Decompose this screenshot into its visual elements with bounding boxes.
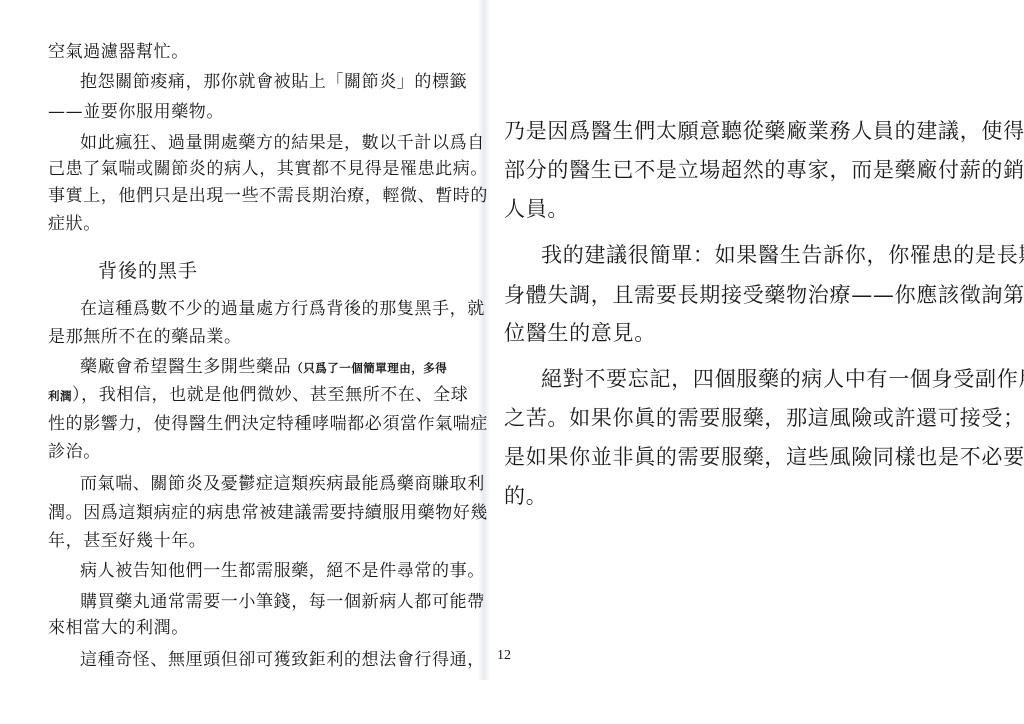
section-heading: 背後的黑手 <box>98 256 198 283</box>
right-line-7: 絕對不要忘記，四個服藥的病人中有一個身受副作用 <box>541 366 1024 392</box>
parenthetical-aside-end: 利潤 <box>48 389 72 403</box>
right-page <box>484 0 1024 724</box>
right-line-3: 人員。 <box>504 196 569 222</box>
left-line-7: 症狀。 <box>48 214 101 234</box>
right-line-1: 乃是因爲醫生們太願意聽從藥廠業務人員的建議，使得大 <box>504 118 1024 144</box>
left-line-19: 來相當大的利潤。 <box>48 618 189 638</box>
right-line-9: 是如果你並非眞的需要服藥，這些風險同樣也是不必要 <box>504 444 1024 470</box>
right-line-2: 部分的醫生已不是立場超然的專家，而是藥廠付薪的銷售 <box>504 157 1024 183</box>
left-line-12: 性的影響力，使得醫生們決定特種哮喘都必須當作氣喘症 <box>48 414 488 434</box>
right-line-6: 位醫生的意見。 <box>504 320 656 346</box>
left-line-10: 藥廠會希望醫生多開些藥品（只爲了一個簡單理由，多得 <box>80 357 447 378</box>
book-spread: 空氣過濾器幫忙。 抱怨關節痠痛，那你就會被貼上「關節炎」的標籤 ——並要你服用藥… <box>0 0 1024 724</box>
left-line-15: 潤。因爲這類病症的病患常被建議需要持續服用藥物好幾 <box>48 503 488 523</box>
left-line-20: 這種奇怪、無厘頭但卻可獲致鉅利的想法會行得通， <box>80 650 485 670</box>
left-line-14: 而氣喘、關節炎及憂鬱症這類疾病最能爲藥商賺取利 <box>80 474 485 494</box>
left-line-13: 診治。 <box>48 442 101 462</box>
right-line-10: 的。 <box>504 483 547 509</box>
left-line-4: 如此瘋狂、過量開處藥方的結果是，數以千計以爲自 <box>80 133 485 153</box>
left-line-11-main: ），我相信，也就是他們微妙、甚至無所不在、全球 <box>72 385 468 405</box>
left-line-17: 病人被告知他們一生都需服藥，絕不是件尋常的事。 <box>80 561 485 581</box>
left-line-16: 年，甚至好幾十年。 <box>48 531 206 551</box>
left-line-5: 己患了氣喘或關節炎的病人，其實都不見得是罹患此病。 <box>48 159 488 179</box>
page-number: 12 <box>497 648 511 664</box>
left-line-8: 在這種爲數不少的過量處方行爲背後的那隻黑手，就 <box>80 299 485 319</box>
right-line-5: 身體失調，且需要長期接受藥物治療——你應該徵詢第二 <box>504 282 1024 308</box>
left-line-3: ——並要你服用藥物。 <box>48 102 224 122</box>
left-line-9: 是那無所不在的藥品業。 <box>48 327 242 347</box>
left-line-2: 抱怨關節痠痛，那你就會被貼上「關節炎」的標籤 <box>80 72 467 92</box>
left-line-11: 利潤），我相信，也就是他們微妙、甚至無所不在、全球 <box>48 385 468 406</box>
right-line-8: 之苦。如果你眞的需要服藥，那這風險或許還可接受；但 <box>504 405 1024 431</box>
parenthetical-aside: （只爲了一個簡單理由，多得 <box>291 361 447 375</box>
left-line-18: 購買藥丸通常需要一小筆錢，每一個新病人都可能帶 <box>80 592 485 612</box>
left-line-6: 事實上，他們只是出現一些不需長期治療，輕微、暫時的 <box>48 186 488 206</box>
left-line-10-main: 藥廠會希望醫生多開些藥品 <box>80 357 291 377</box>
left-line-1: 空氣過濾器幫忙。 <box>48 42 189 62</box>
right-line-4: 我的建議很簡單：如果醫生告訴你，你罹患的是長期 <box>541 242 1024 268</box>
